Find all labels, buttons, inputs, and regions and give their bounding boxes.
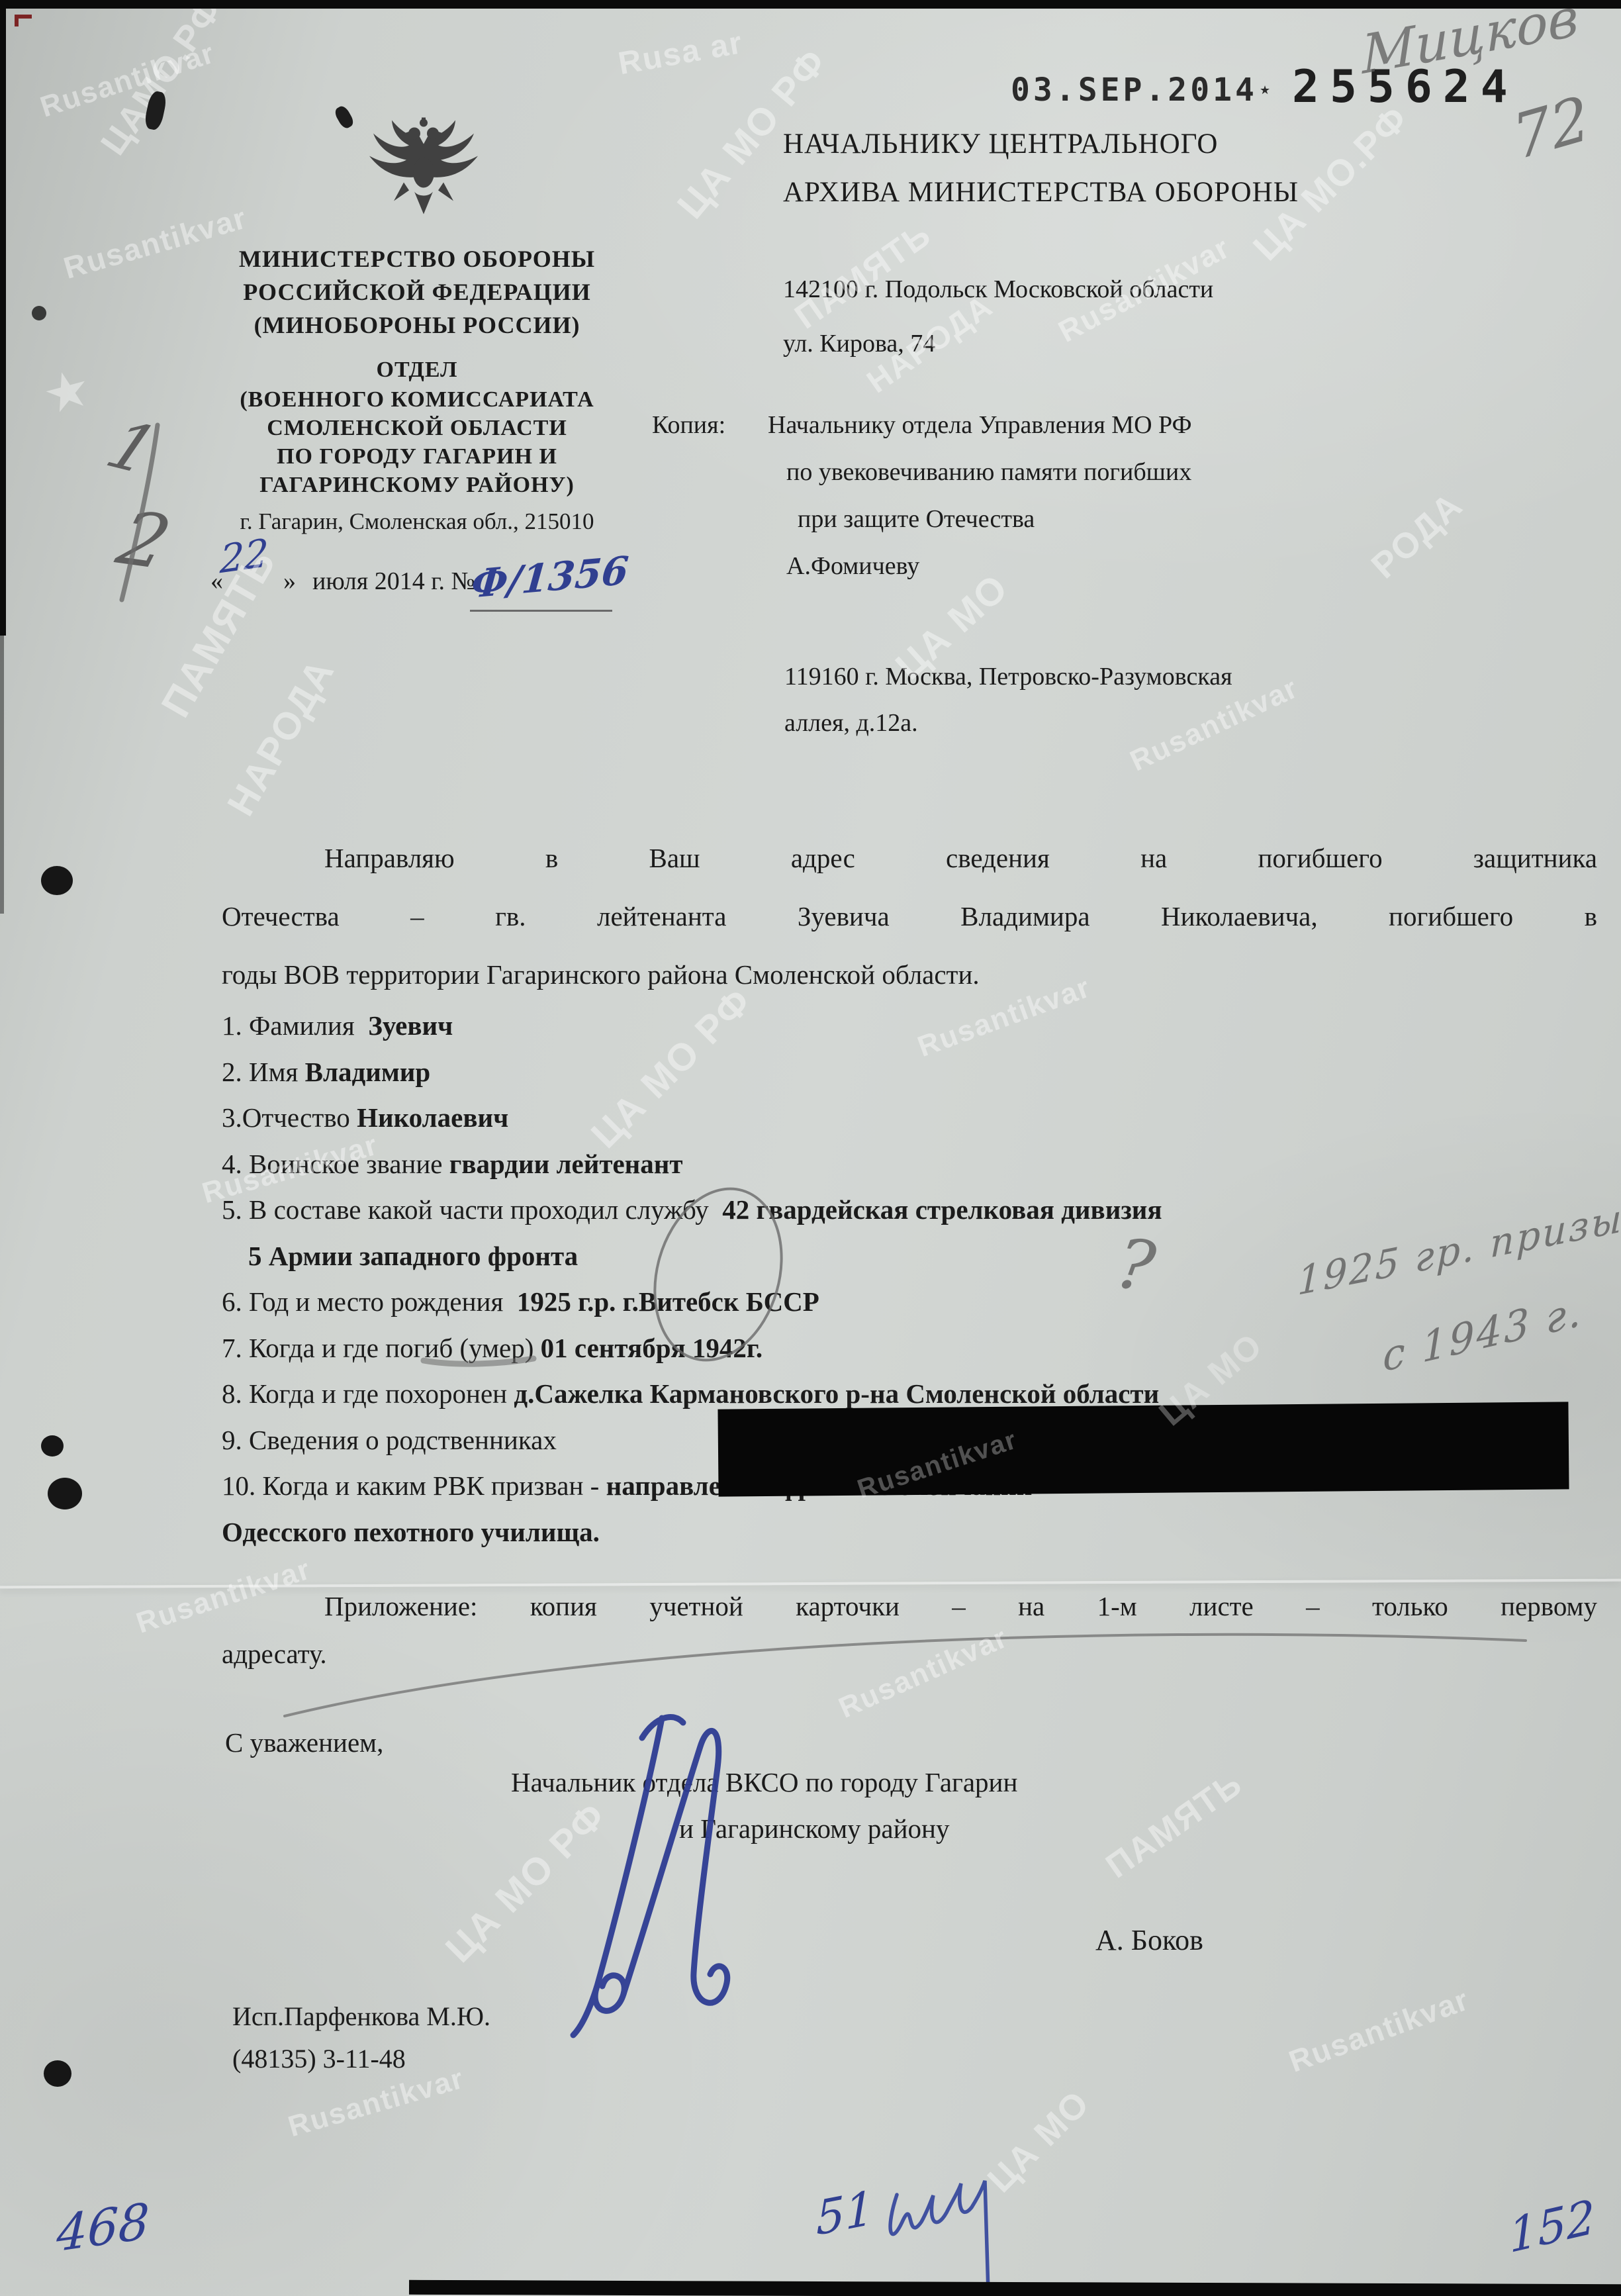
punch-hole <box>41 866 73 895</box>
corner-mark <box>15 15 19 26</box>
scanned-letter-page: 03.SEP.2014 ٭ 255624 Мицков 72 НАЧАЛЬНИК… <box>0 0 1621 2296</box>
scan-edge-left-fade <box>0 636 4 914</box>
punch-hole <box>41 1435 64 1457</box>
punch-hole <box>32 306 46 320</box>
pencil-marks-overlay <box>0 0 1621 2296</box>
punch-hole <box>44 2060 71 2087</box>
punch-hole <box>48 1478 82 1509</box>
scan-edge-top <box>0 0 1621 9</box>
scan-edge-left <box>0 0 6 636</box>
bottom-center-flourish <box>890 2181 988 2292</box>
